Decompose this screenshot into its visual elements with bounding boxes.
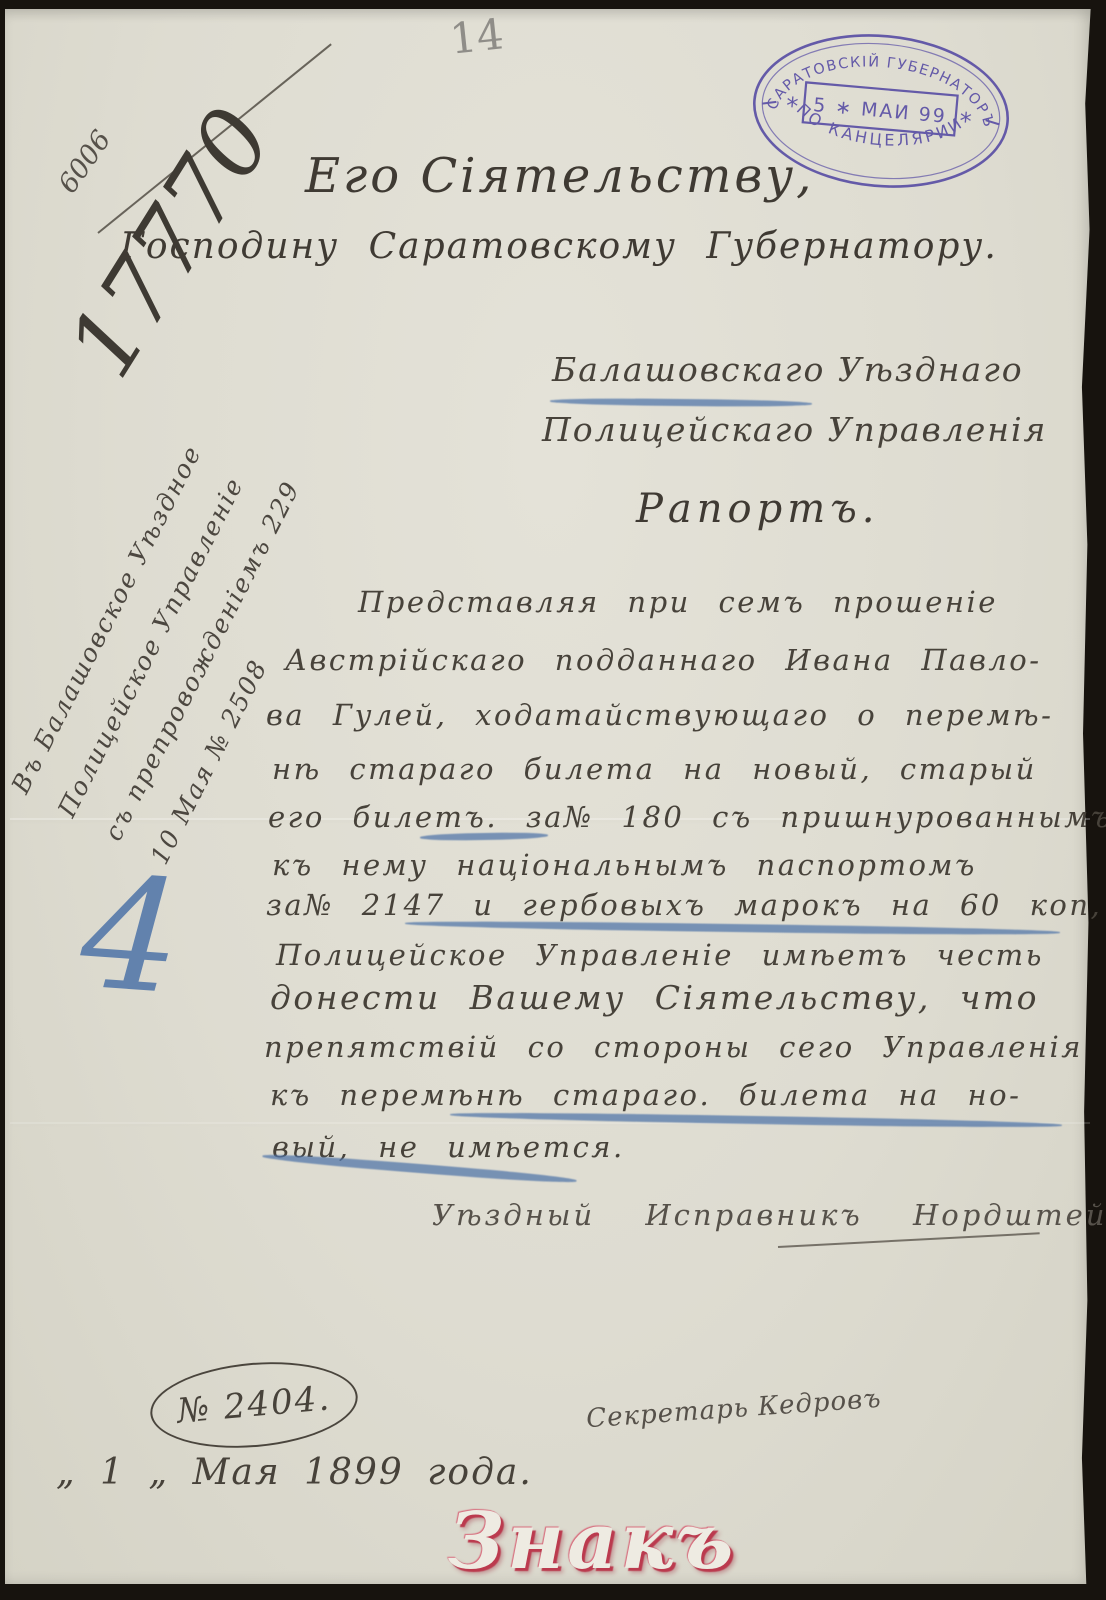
body-line: нѣ стараго билета на новый, старый (272, 752, 1037, 786)
body-line: Австрійскаго подданнаго Ивана Павло- (285, 643, 1042, 677)
body-line: къ нему національнымъ паспортомъ (272, 848, 977, 882)
body-line: за№ 2147 и гербовыхъ марокъ на 60 коп, (266, 888, 1102, 922)
ispravnik-signature: Уѣздный Исправникъ Нордштейнъ (432, 1198, 1106, 1232)
margin-number-mark: 4 (76, 842, 187, 1029)
archive-watermark: Знакъ (448, 1496, 736, 1587)
pencil-folio-number: 14 (448, 9, 506, 63)
addressee-line-2: Господину Саратовскому Губернатору. (120, 226, 998, 267)
addressee-line-1: Его Сіятельству, (305, 148, 814, 204)
body-line: Полицейское Управленіе имѣетъ честь (276, 938, 1044, 972)
body-line: его билетъ. за№ 180 съ пришнурованнымъ (268, 800, 1106, 834)
body-line: донести Вашему Сіятельству, что (270, 978, 1039, 1017)
body-line: ва Гулей, ходатайствующаго о перемѣ- (266, 698, 1053, 732)
body-line: Представляя при семъ прошеніе (358, 585, 998, 619)
outgoing-number: № 2404. (175, 1378, 332, 1431)
stamp-star-left: * (785, 92, 799, 121)
sender-office-line-2: Полицейскаго Управленія (542, 410, 1047, 449)
sender-office-line-1: Балашовскаго Уѣзднаго (552, 350, 1024, 389)
body-line: къ перемѣнѣ стараго. билета на но- (270, 1078, 1021, 1112)
body-line: препятствій со стороны сего Управленія (264, 1030, 1083, 1064)
report-title: Рапортъ. (636, 486, 880, 532)
stamp-star-right: * (958, 107, 972, 136)
date-line: „ 1 „ Мая 1899 года. (56, 1452, 533, 1493)
scanned-document-photo: 6006 17770 14 САРАТОВСКІЙ ГУБЕРНАТОРЪ ПО… (0, 0, 1106, 1600)
